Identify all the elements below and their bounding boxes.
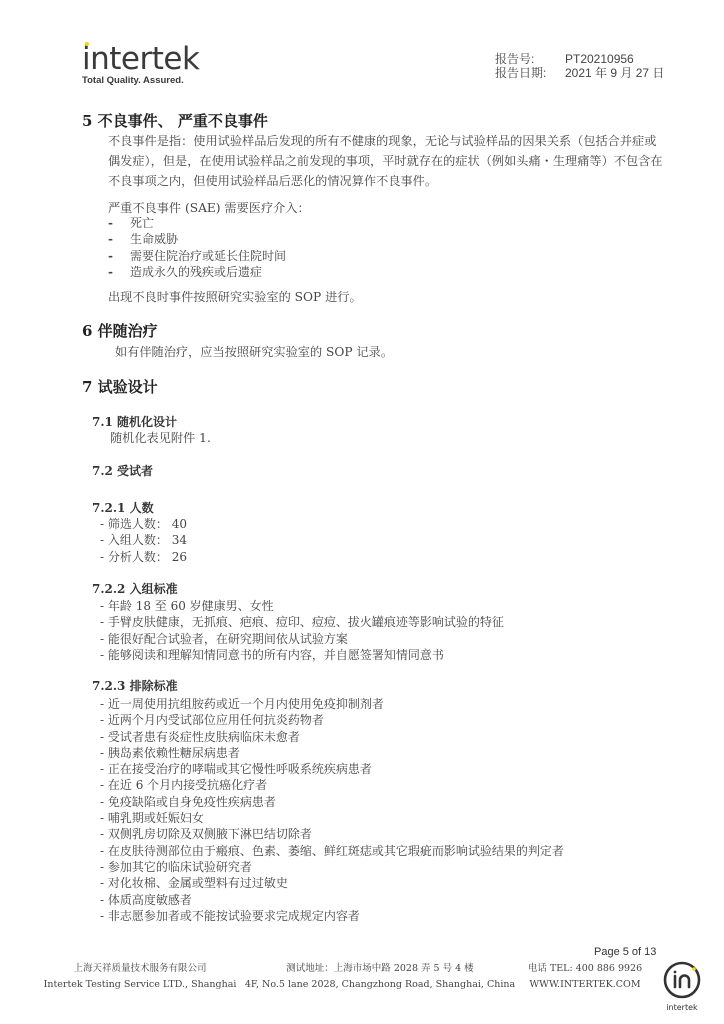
list-item: -需要住院治疗或延长住院时间 xyxy=(108,248,286,264)
section-6-title: 6 伴随治疗 xyxy=(82,320,158,341)
logo-dot-icon xyxy=(85,42,89,46)
telephone: 电话 TEL: 400 886 9926 xyxy=(520,961,650,977)
list-item: 年龄 18 至 60 岁健康男、女性 xyxy=(100,598,504,614)
section-5-title: 5 不良事件、 严重不良事件 xyxy=(82,110,268,131)
page-number: Page 5 of 13 xyxy=(594,946,656,958)
section-7-2-3-title: 7.2.3 排除标准 xyxy=(92,677,178,694)
sae-list: -死亡 -生命威胁 -需要住院治疗或延长住院时间 -造成永久的残疾或后遗症 xyxy=(108,215,286,280)
section-7-2-1-title: 7.2.1 人数 xyxy=(92,499,154,516)
report-date-label: 报告日期: xyxy=(495,66,565,80)
list-item: 手臂皮肤健康，无抓痕、疤痕、痘印、痘痘、拔火罐痕迹等影响试验的特征 xyxy=(100,614,504,630)
list-item: 在皮肤待测部位由于瘢痕、色素、萎缩、鲜红斑痣或其它瑕疵而影响试验结果的判定者 xyxy=(100,843,564,859)
website: WWW.INTERTEK.COM xyxy=(520,977,650,993)
list-item: 入组人数： 34 xyxy=(100,532,187,548)
exclusion-criteria-list: 近一周使用抗组胺药或近一个月内使用免疫抑制剂者 近两个月内受试部位应用任何抗炎药… xyxy=(100,696,564,924)
list-item: 胰岛素依赖性糖尿病患者 xyxy=(100,745,564,761)
list-item: -死亡 xyxy=(108,215,286,231)
address-en: 4F, No.5 lane 2028, Changzhong Road, Sha… xyxy=(240,977,520,993)
list-item: 免疫缺陷或自身免疫性疾病患者 xyxy=(100,794,564,810)
list-item: 在近 6 个月内接受抗癌化疗者 xyxy=(100,777,564,793)
report-no: PT20210956 xyxy=(565,52,634,66)
list-item: 体质高度敏感者 xyxy=(100,892,564,908)
section-7-2-title: 7.2 受试者 xyxy=(92,462,153,479)
section-7-2-2-title: 7.2.2 入组标准 xyxy=(92,580,178,597)
footer-contact: 电话 TEL: 400 886 9926 WWW.INTERTEK.COM xyxy=(520,961,650,993)
list-item: 参加其它的临床试验研究者 xyxy=(100,859,564,875)
section-7-title: 7 试验设计 xyxy=(82,376,158,397)
list-item: -生命威胁 xyxy=(108,231,286,247)
footer-address: 测试地址：上海市场中路 2028 弄 5 号 4 楼 4F, No.5 lane… xyxy=(240,961,520,993)
adverse-event-procedure: 出现不良时事件按照研究实验室的 SOP 进行。 xyxy=(108,287,362,307)
company-name-cn: 上海天祥质量技术服务有限公司 xyxy=(40,961,240,977)
intertek-badge-icon: intertek xyxy=(660,960,704,1012)
address-cn: 测试地址：上海市场中路 2028 弄 5 号 4 楼 xyxy=(240,961,520,977)
logo-wordmark: intertek xyxy=(82,44,199,74)
adverse-event-definition: 不良事件是指：使用试验样品后发现的所有不健康的现象，无论与试验样品的因果关系（包… xyxy=(108,131,668,191)
list-item: 能很好配合试验者，在研究期间依从试验方案 xyxy=(100,631,504,647)
list-item: 能够阅读和理解知情同意书的所有内容，并自愿签署知情同意书 xyxy=(100,647,504,663)
list-item: 分析人数： 26 xyxy=(100,549,187,565)
company-name-en: Intertek Testing Service LTD., Shanghai xyxy=(40,977,240,993)
report-meta: 报告号:PT20210956 报告日期:2021 年 9 月 27 日 xyxy=(495,52,664,80)
list-item: 筛选人数： 40 xyxy=(100,516,187,532)
list-item: 双侧乳房切除及双侧腋下淋巴结切除者 xyxy=(100,826,564,842)
list-item: 哺乳期或妊娠妇女 xyxy=(100,810,564,826)
list-item: 近两个月内受试部位应用任何抗炎药物者 xyxy=(100,712,564,728)
list-item: 正在接受治疗的哮喘或其它慢性呼吸系统疾病患者 xyxy=(100,761,564,777)
concomitant-therapy-text: 如有伴随治疗，应当按照研究实验室的 SOP 记录。 xyxy=(115,342,393,362)
badge-label: intertek xyxy=(660,1003,704,1012)
inclusion-criteria-list: 年龄 18 至 60 岁健康男、女性 手臂皮肤健康，无抓痕、疤痕、痘印、痘痘、拔… xyxy=(100,598,504,663)
list-item: 非志愿参加者或不能按试验要求完成规定内容者 xyxy=(100,908,564,924)
subject-count-list: 筛选人数： 40 入组人数： 34 分析人数： 26 xyxy=(100,516,187,565)
report-no-label: 报告号: xyxy=(495,52,565,66)
list-item: 受试者患有炎症性皮肤病临床未愈者 xyxy=(100,729,564,745)
list-item: -造成永久的残疾或后遗症 xyxy=(108,264,286,280)
list-item: 对化妆棉、金属或塑料有过过敏史 xyxy=(100,875,564,891)
randomization-text: 随机化表见附件 1. xyxy=(110,428,211,448)
list-item: 近一周使用抗组胺药或近一个月内使用免疫抑制剂者 xyxy=(100,696,564,712)
report-date: 2021 年 9 月 27 日 xyxy=(565,66,664,80)
intertek-logo: intertek Total Quality. Assured. xyxy=(82,44,199,86)
footer-company: 上海天祥质量技术服务有限公司 Intertek Testing Service … xyxy=(40,961,240,993)
